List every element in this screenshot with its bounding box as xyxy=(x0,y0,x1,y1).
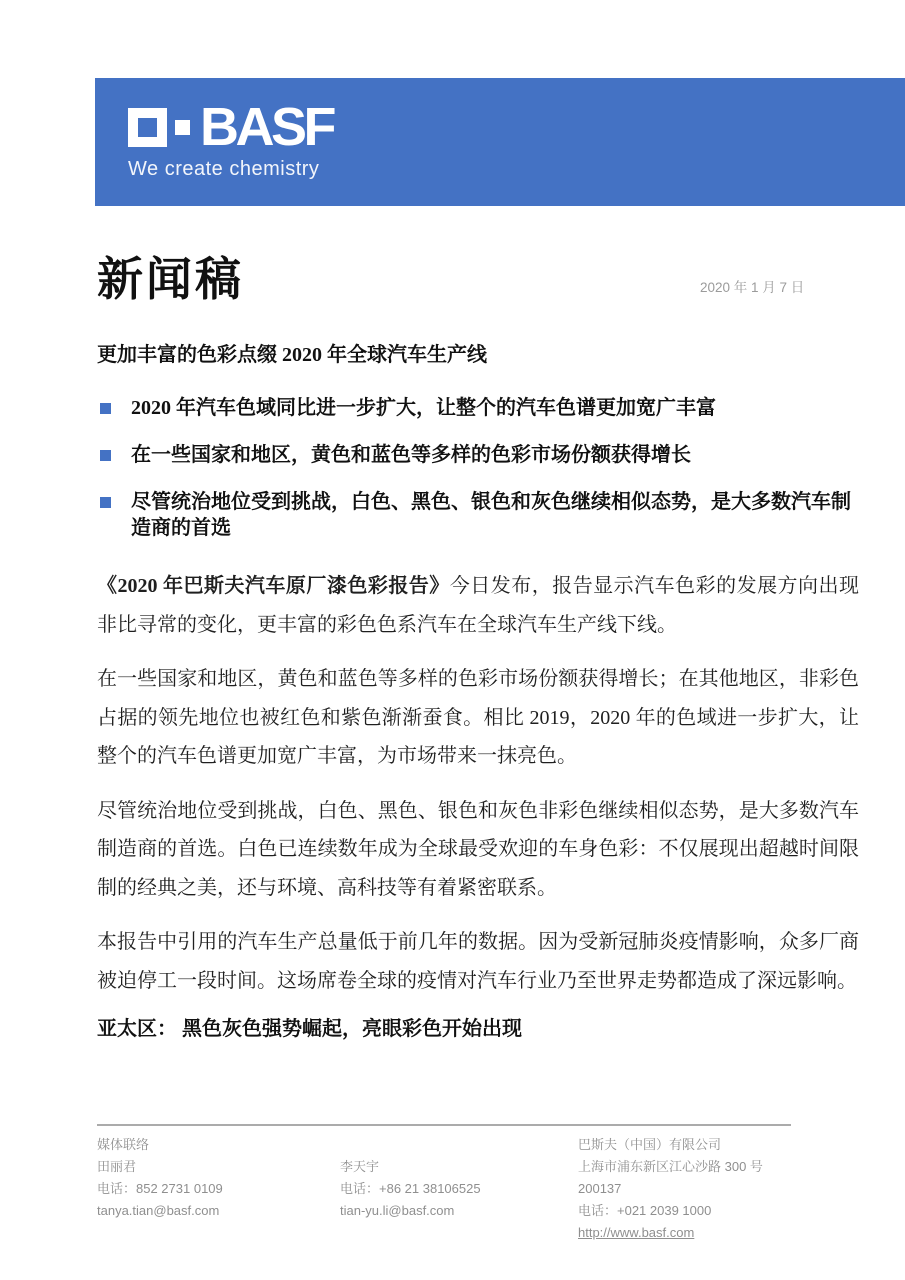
press-release-page: BASF We create chemistry 新闻稿 2020 年 1 月 … xyxy=(0,0,905,1280)
bullet-text: 2020 年汽车色域同比进一步扩大，让整个的汽车色谱更加宽广丰富 xyxy=(131,395,716,421)
list-item: 尽管统治地位受到挑战，白色、黑色、银色和灰色继续相似态势，是大多数汽车制造商的首… xyxy=(97,489,859,541)
spacer-line xyxy=(340,1134,578,1156)
paragraph-2: 在一些国家和地区，黄色和蓝色等多样的色彩市场份额获得增长；在其他地区，非彩色占据… xyxy=(97,660,859,776)
bullet-square-icon xyxy=(100,450,111,461)
list-item: 2020 年汽车色域同比进一步扩大，让整个的汽车色谱更加宽广丰富 xyxy=(97,395,859,421)
brand-tagline: We create chemistry xyxy=(128,158,319,181)
document-title: 新闻稿 xyxy=(97,243,244,309)
contact2-name: 李天宇 xyxy=(340,1156,578,1178)
key-points-list: 2020 年汽车色域同比进一步扩大，让整个的汽车色谱更加宽广丰富 在一些国家和地… xyxy=(97,395,859,541)
contact2-email: tian-yu.li@basf.com xyxy=(340,1200,578,1222)
brand-header-banner: BASF We create chemistry xyxy=(95,78,905,206)
contact1-phone: 电话：852 2731 0109 xyxy=(97,1178,340,1200)
media-contact-label: 媒体联络 xyxy=(97,1134,340,1156)
basf-wordmark: BASF xyxy=(200,108,333,147)
list-item: 在一些国家和地区，黄色和蓝色等多样的色彩市场份额获得增长 xyxy=(97,442,859,468)
contact2-phone: 电话：+86 21 38106525 xyxy=(340,1178,578,1200)
company-postcode: 200137 xyxy=(578,1178,791,1200)
section-heading-apac: 亚太区： 黑色灰色强势崛起，亮眼彩色开始出现 xyxy=(97,1016,859,1042)
footer-company-info: 巴斯夫（中国）有限公司 上海市浦东新区江心沙路 300 号 200137 电话：… xyxy=(578,1134,791,1244)
footer-contact-block: 媒体联络 田丽君 电话：852 2731 0109 tanya.tian@bas… xyxy=(97,1124,791,1244)
paragraph-3: 尽管统治地位受到挑战，白色、黑色、银色和灰色非彩色继续相似态势，是大多数汽车制造… xyxy=(97,792,859,908)
company-website-link[interactable]: http://www.basf.com xyxy=(578,1225,694,1240)
basf-small-square-icon xyxy=(175,120,190,135)
company-name: 巴斯夫（中国）有限公司 xyxy=(578,1134,791,1156)
footer-media-contact-2: 李天宇 电话：+86 21 38106525 tian-yu.li@basf.c… xyxy=(340,1134,578,1244)
bullet-square-icon xyxy=(100,403,111,414)
paragraph-4: 本报告中引用的汽车生产总量低于前几年的数据。因为受新冠肺炎疫情影响，众多厂商被迫… xyxy=(97,923,859,1000)
contact1-name: 田丽君 xyxy=(97,1156,340,1178)
article-body: 更加丰富的色彩点缀 2020 年全球汽车生产线 2020 年汽车色域同比进一步扩… xyxy=(97,341,859,1042)
report-title-bold: 《2020 年巴斯夫汽车原厂漆色彩报告》 xyxy=(97,575,450,597)
bullet-text: 在一些国家和地区，黄色和蓝色等多样的色彩市场份额获得增长 xyxy=(131,442,691,468)
contact1-email: tanya.tian@basf.com xyxy=(97,1200,340,1222)
basf-logo: BASF xyxy=(128,108,333,147)
article-headline: 更加丰富的色彩点缀 2020 年全球汽车生产线 xyxy=(97,341,859,369)
paragraph-1: 《2020 年巴斯夫汽车原厂漆色彩报告》今日发布，报告显示汽车色彩的发展方向出现… xyxy=(97,567,859,644)
company-address: 上海市浦东新区江心沙路 300 号 xyxy=(578,1156,791,1178)
company-phone: 电话：+021 2039 1000 xyxy=(578,1200,791,1222)
document-date: 2020 年 1 月 7 日 xyxy=(700,276,804,296)
basf-outline-square-icon xyxy=(128,108,167,147)
bullet-square-icon xyxy=(100,497,111,508)
footer-media-contact-1: 媒体联络 田丽君 电话：852 2731 0109 tanya.tian@bas… xyxy=(97,1134,340,1244)
bullet-text: 尽管统治地位受到挑战，白色、黑色、银色和灰色继续相似态势，是大多数汽车制造商的首… xyxy=(131,489,859,541)
